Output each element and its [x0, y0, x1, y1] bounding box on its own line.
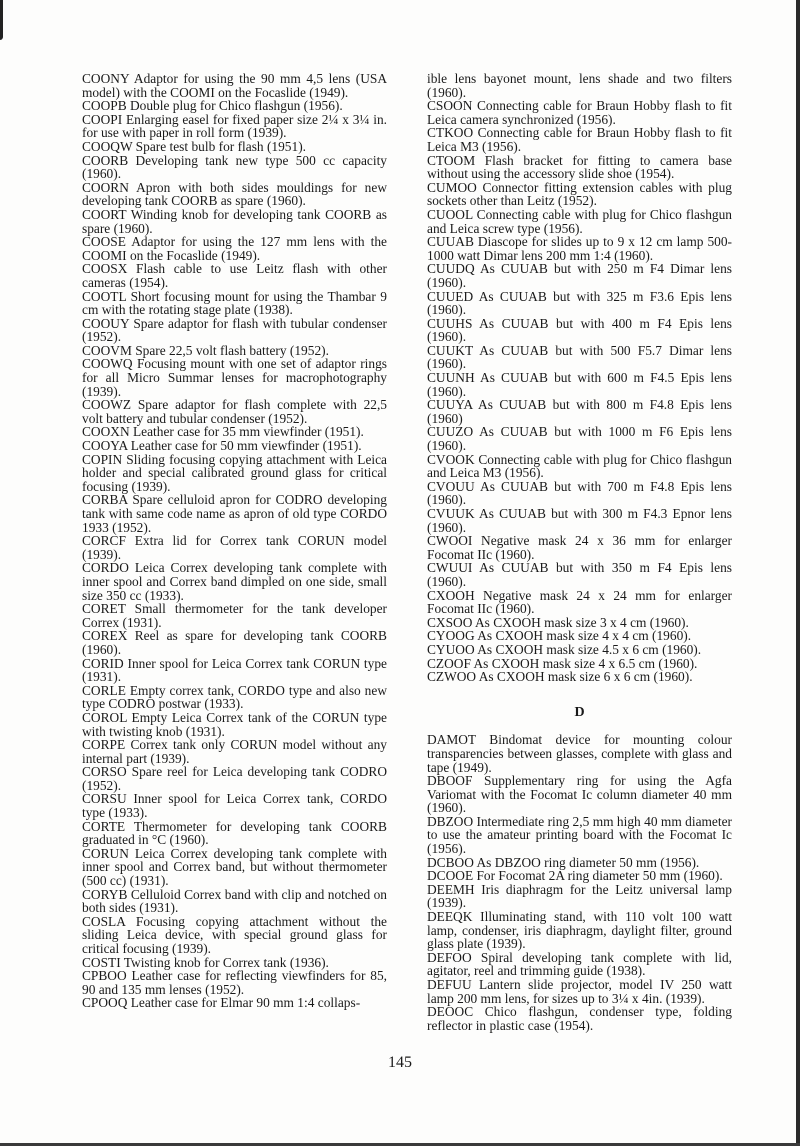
- catalog-entry: CXSOO As CXOOH mask size 3 x 4 cm (1960)…: [427, 616, 732, 630]
- catalog-entry: COOTL Short focusing mount for using the…: [82, 290, 387, 317]
- catalog-entry: CORSO Spare reel for Leica developing ta…: [82, 765, 387, 792]
- catalog-entry: CXOOH Negative mask 24 x 24 mm for enlar…: [427, 589, 732, 616]
- catalog-entry: CORET Small thermometer for the tank dev…: [82, 602, 387, 629]
- catalog-entry: CUUKT As CUUAB but with 500 F5.7 Dimar l…: [427, 344, 732, 371]
- catalog-entry: CORDO Leica Correx developing tank compl…: [82, 561, 387, 602]
- catalog-entry: CWOOI Negative mask 24 x 36 mm for enlar…: [427, 534, 732, 561]
- catalog-entry: DEFUU Lantern slide projector, model IV …: [427, 978, 732, 1005]
- catalog-entry: DEFOO Spiral developing tank complete wi…: [427, 951, 732, 978]
- catalog-entry: COORN Apron with both sides mouldings fo…: [82, 181, 387, 208]
- catalog-entry: CPOOQ Leather case for Elmar 90 mm 1:4 c…: [82, 996, 387, 1010]
- right-column-d-entries: DAMOT Bindomat device for mounting colou…: [427, 733, 732, 1032]
- right-column-c-entries: ible lens bayonet mount, lens shade and …: [427, 72, 732, 684]
- catalog-entry: COOPB Double plug for Chico flashgun (19…: [82, 99, 387, 113]
- catalog-entry: CZOOF As CXOOH mask size 4 x 6.5 cm (196…: [427, 657, 732, 671]
- catalog-entry: DCBOO As DBZOO ring diameter 50 mm (1956…: [427, 856, 732, 870]
- catalog-entry: COOYA Leather case for 50 mm viewfinder …: [82, 439, 387, 453]
- catalog-entry: COOPI Enlarging easel for fixed paper si…: [82, 113, 387, 140]
- catalog-entry: CUUHS As CUUAB but with 400 m F4 Epis le…: [427, 317, 732, 344]
- catalog-entry: COOXN Leather case for 35 mm viewfinder …: [82, 425, 387, 439]
- catalog-entry: CORCF Extra lid for Correx tank CORUN mo…: [82, 534, 387, 561]
- catalog-entry: CORTE Thermometer for developing tank CO…: [82, 820, 387, 847]
- catalog-entry: DEEQK Illuminating stand, with 110 volt …: [427, 910, 732, 951]
- right-column: ible lens bayonet mount, lens shade and …: [427, 72, 732, 1032]
- catalog-entry: CORBA Spare celluloid apron for CODRO de…: [82, 493, 387, 534]
- catalog-entry: COOVM Spare 22,5 volt flash battery (195…: [82, 344, 387, 358]
- catalog-entry: CORSU Inner spool for Leica Correx tank,…: [82, 792, 387, 819]
- catalog-entry: CUUED As CUUAB but with 325 m F3.6 Epis …: [427, 290, 732, 317]
- catalog-entry: COREX Reel as spare for developing tank …: [82, 629, 387, 656]
- catalog-entry: COORB Developing tank new type 500 cc ca…: [82, 154, 387, 181]
- catalog-entry: CYUOO As CXOOH mask size 4.5 x 6 cm (196…: [427, 643, 732, 657]
- catalog-entry: COSLA Focusing copying attachment withou…: [82, 915, 387, 956]
- page-number: 145: [0, 1054, 800, 1072]
- catalog-entry: CVOUU As CUUAB but with 700 m F4.8 Epis …: [427, 480, 732, 507]
- catalog-entry: DBZOO Intermediate ring 2,5 mm high 40 m…: [427, 815, 732, 856]
- catalog-entry: COOSX Flash cable to use Leitz flash wit…: [82, 262, 387, 289]
- catalog-entry: COONY Adaptor for using the 90 mm 4,5 le…: [82, 72, 387, 99]
- catalog-entry: CORUN Leica Correx developing tank compl…: [82, 847, 387, 888]
- catalog-entry: CUUNH As CUUAB but with 600 m F4.5 Epis …: [427, 371, 732, 398]
- section-heading: D: [427, 706, 732, 720]
- catalog-entry: COROL Empty Leica Correx tank of the COR…: [82, 711, 387, 738]
- catalog-entry: DBOOF Supplementary ring for using the A…: [427, 774, 732, 815]
- catalog-entry: COOSE Adaptor for using the 127 mm lens …: [82, 235, 387, 262]
- catalog-entry: COORT Winding knob for developing tank C…: [82, 208, 387, 235]
- catalog-entry: DEEMH Iris diaphragm for the Leitz unive…: [427, 883, 732, 910]
- catalog-entry: CTKOO Connecting cable for Braun Hobby f…: [427, 126, 732, 153]
- catalog-entry: CUUZO As CUUAB but with 1000 m F6 Epis l…: [427, 425, 732, 452]
- catalog-entry: CPBOO Leather case for reflecting viewfi…: [82, 969, 387, 996]
- catalog-entry: COOWQ Focusing mount with one set of ada…: [82, 357, 387, 398]
- catalog-entry: COSTI Twisting knob for Correx tank (193…: [82, 956, 387, 970]
- catalog-entry: CWUUI As CUUAB but with 350 m F4 Epis le…: [427, 561, 732, 588]
- catalog-entry: CUUDQ As CUUAB but with 250 m F4 Dimar l…: [427, 262, 732, 289]
- catalog-entry: DAMOT Bindomat device for mounting colou…: [427, 733, 732, 774]
- catalog-entry: COPIN Sliding focusing copying attachmen…: [82, 453, 387, 494]
- catalog-entry: COOWZ Spare adaptor for flash complete w…: [82, 398, 387, 425]
- catalog-entry: ible lens bayonet mount, lens shade and …: [427, 72, 732, 99]
- catalog-entry: CVOOK Connecting cable with plug for Chi…: [427, 453, 732, 480]
- catalog-entry: COOQW Spare test bulb for flash (1951).: [82, 140, 387, 154]
- catalog-entry: CUOOL Connecting cable with plug for Chi…: [427, 208, 732, 235]
- catalog-entry: CUUAB Diascope for slides up to 9 x 12 c…: [427, 235, 732, 262]
- catalog-entry: CUMOO Connector fitting extension cables…: [427, 181, 732, 208]
- catalog-entry: COOUY Spare adaptor for flash with tubul…: [82, 317, 387, 344]
- catalog-entry: CORLE Empty correx tank, CORDO type and …: [82, 684, 387, 711]
- catalog-entry: CORID Inner spool for Leica Correx tank …: [82, 657, 387, 684]
- catalog-entry: DCOOE For Focomat 2A ring diameter 50 mm…: [427, 869, 732, 883]
- catalog-entry: CSOON Connecting cable for Braun Hobby f…: [427, 99, 732, 126]
- catalog-entry: CTOOM Flash bracket for fitting to camer…: [427, 154, 732, 181]
- catalog-entry: CORPE Correx tank only CORUN model witho…: [82, 738, 387, 765]
- catalog-entry: CZWOO As CXOOH mask size 6 x 6 cm (1960)…: [427, 670, 732, 684]
- catalog-entry: CUUYA As CUUAB but with 800 m F4.8 Epis …: [427, 398, 732, 425]
- catalog-entry: CVUUK As CUUAB but with 300 m F4.3 Epnor…: [427, 507, 732, 534]
- catalog-entry: DEOOC Chico flashgun, condenser type, fo…: [427, 1005, 732, 1032]
- catalog-entry: CORYB Celluloid Correx band with clip an…: [82, 888, 387, 915]
- catalog-entry: CYOOG As CXOOH mask size 4 x 4 cm (1960)…: [427, 629, 732, 643]
- page-edge: [0, 0, 3, 40]
- page-edge: [796, 0, 800, 1146]
- left-column: COONY Adaptor for using the 90 mm 4,5 le…: [82, 72, 387, 1010]
